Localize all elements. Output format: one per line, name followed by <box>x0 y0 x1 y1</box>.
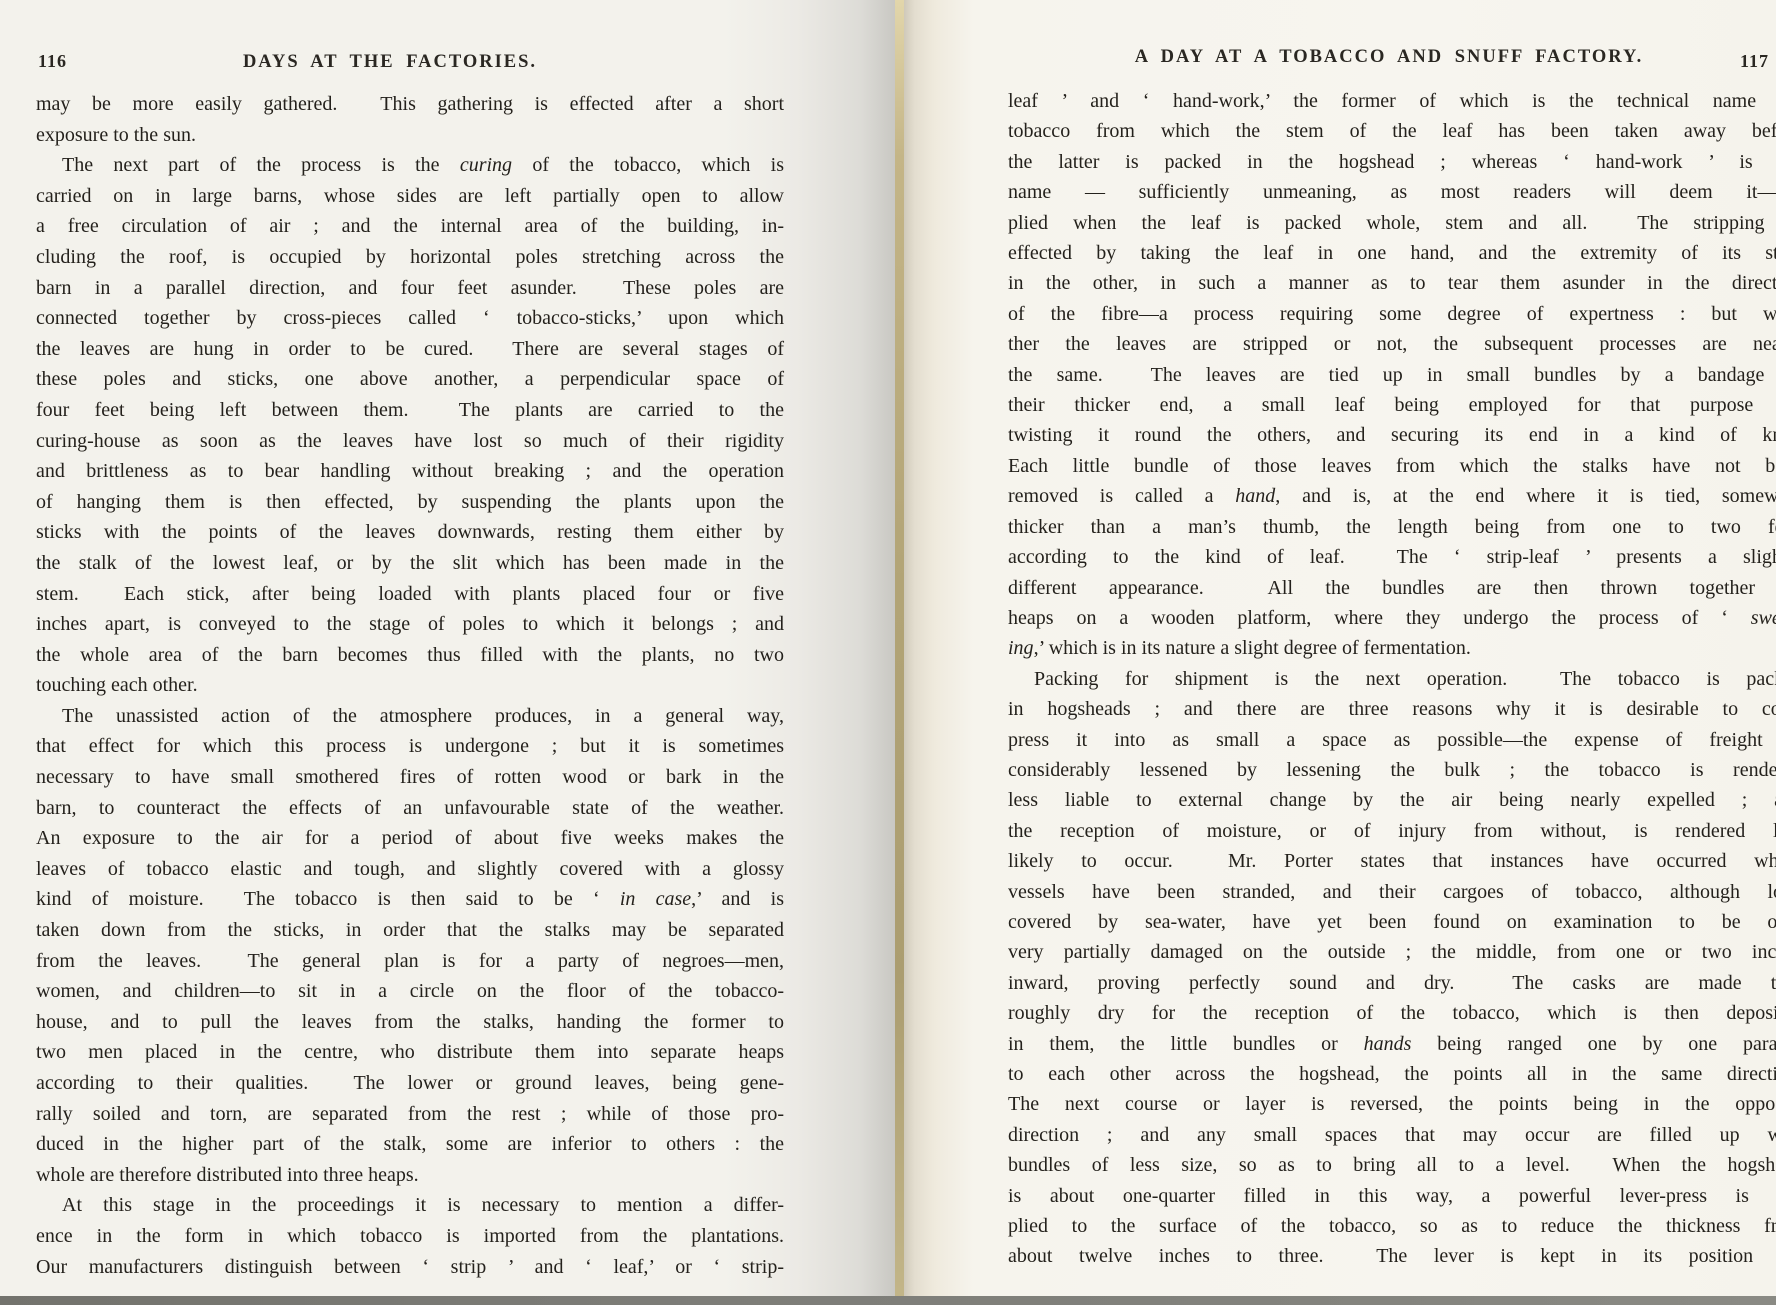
text-line: At this stage in the proceedings it is n… <box>36 1190 784 1221</box>
text-line: these poles and sticks, one above anothe… <box>36 364 784 395</box>
text-line: barn, to counteract the effects of an un… <box>36 793 784 824</box>
text-line: very partially damaged on the outside ; … <box>1008 937 1776 967</box>
right-page-text: leaf ’ and ‘ hand-work,’ the former of w… <box>1008 86 1776 1272</box>
text-line: house, and to pull the leaves from the s… <box>36 1007 784 1038</box>
text-line: the reception of moisture, or of injury … <box>1008 816 1776 846</box>
text-line: considerably lessened by lessening the b… <box>1008 755 1776 785</box>
text-line: effected by taking the leaf in one hand,… <box>1008 238 1776 268</box>
text-line: covered by sea-water, have yet been foun… <box>1008 907 1776 937</box>
text-line: duced in the higher part of the stalk, s… <box>36 1129 784 1160</box>
text-line: name — sufficiently unmeaning, as most r… <box>1008 177 1776 207</box>
text-line: rally soiled and torn, are separated fro… <box>36 1099 784 1130</box>
text-line: leaves of tobacco elastic and tough, and… <box>36 854 784 885</box>
right-running-head: A DAY AT A TOBACCO AND SNUFF FACTORY. <box>1004 47 1774 68</box>
text-line: exposure to the sun. <box>36 120 784 151</box>
text-line: less liable to external change by the ai… <box>1008 785 1776 815</box>
text-line: the same. The leaves are tied up in smal… <box>1008 360 1776 390</box>
text-line: barn in a parallel direction, and four f… <box>36 273 784 304</box>
text-line: sticks with the points of the leaves dow… <box>36 517 784 548</box>
text-line: the latter is packed in the hogshead ; w… <box>1008 147 1776 177</box>
text-line: stem. Each stick, after being loaded wit… <box>36 579 784 610</box>
text-line: leaf ’ and ‘ hand-work,’ the former of w… <box>1008 86 1776 116</box>
text-line: may be more easily gathered. This gather… <box>36 89 784 120</box>
text-line: in the other, in such a manner as to tea… <box>1008 268 1776 298</box>
text-line: The next part of the process is the curi… <box>36 150 784 181</box>
book-spread: 116 DAYS AT THE FACTORIES. may be more e… <box>0 0 1776 1305</box>
text-line: Packing for shipment is the next operati… <box>1008 664 1776 694</box>
text-line: Our manufacturers distinguish between ‘ … <box>36 1252 784 1283</box>
text-line: An exposure to the air for a period of a… <box>36 823 784 854</box>
text-line: their thicker end, a small leaf being em… <box>1008 390 1776 420</box>
text-line: in them, the little bundles or hands bei… <box>1008 1029 1776 1059</box>
text-line: the whole area of the barn becomes thus … <box>36 640 784 671</box>
text-line: about twelve inches to three. The lever … <box>1008 1241 1776 1271</box>
left-running-head: DAYS AT THE FACTORIES. <box>10 52 770 73</box>
text-line: removed is called a hand, and is, at the… <box>1008 481 1776 511</box>
text-line: ence in the form in which tobacco is imp… <box>36 1221 784 1252</box>
text-line: plied when the leaf is packed whole, ste… <box>1008 208 1776 238</box>
text-line: heaps on a wooden platform, where they u… <box>1008 603 1776 633</box>
text-line: the stalk of the lowest leaf, or by the … <box>36 548 784 579</box>
text-line: roughly dry for the reception of the tob… <box>1008 998 1776 1028</box>
text-line: bundles of less size, so as to bring all… <box>1008 1150 1776 1180</box>
text-line: in hogsheads ; and there are three reaso… <box>1008 694 1776 724</box>
text-line: The unassisted action of the atmosphere … <box>36 701 784 732</box>
left-page: 116 DAYS AT THE FACTORIES. may be more e… <box>0 0 905 1305</box>
text-line: tobacco from which the stem of the leaf … <box>1008 116 1776 146</box>
text-line: Each little bundle of those leaves from … <box>1008 451 1776 481</box>
text-line: curing-house as soon as the leaves have … <box>36 426 784 457</box>
text-line: ing,’ which is in its nature a slight de… <box>1008 633 1776 663</box>
text-line: kind of moisture. The tobacco is then sa… <box>36 884 784 915</box>
text-line: touching each other. <box>36 670 784 701</box>
text-line: inches apart, is conveyed to the stage o… <box>36 609 784 640</box>
book-spine-gutter <box>895 0 904 1305</box>
text-line: plied to the surface of the tobacco, so … <box>1008 1211 1776 1241</box>
text-line: is about one-quarter filled in this way,… <box>1008 1181 1776 1211</box>
text-line: of hanging them is then effected, by sus… <box>36 487 784 518</box>
text-line: thicker than a man’s thumb, the length b… <box>1008 512 1776 542</box>
text-line: The next course or layer is reversed, th… <box>1008 1089 1776 1119</box>
text-line: from the leaves. The general plan is for… <box>36 946 784 977</box>
text-line: of the fibre—a process requiring some de… <box>1008 299 1776 329</box>
text-line: ther the leaves are stripped or not, the… <box>1008 329 1776 359</box>
text-line: press it into as small a space as possib… <box>1008 725 1776 755</box>
text-line: women, and children—to sit in a circle o… <box>36 976 784 1007</box>
text-line: the leaves are hung in order to be cured… <box>36 334 784 365</box>
text-line: vessels have been stranded, and their ca… <box>1008 877 1776 907</box>
right-page: 117 A DAY AT A TOBACCO AND SNUFF FACTORY… <box>904 0 1776 1305</box>
text-line: four feet being left between them. The p… <box>36 395 784 426</box>
text-line: connected together by cross-pieces calle… <box>36 303 784 334</box>
text-line: according to the kind of leaf. The ‘ str… <box>1008 542 1776 572</box>
text-line: inward, proving perfectly sound and dry.… <box>1008 968 1776 998</box>
text-line: to each other across the hogshead, the p… <box>1008 1059 1776 1089</box>
text-line: carried on in large barns, whose sides a… <box>36 181 784 212</box>
text-line: whole are therefore distributed into thr… <box>36 1160 784 1191</box>
text-line: necessary to have small smothered fires … <box>36 762 784 793</box>
text-line: different appearance. All the bundles ar… <box>1008 573 1776 603</box>
text-line: that effect for which this process is un… <box>36 731 784 762</box>
scan-edge-bar <box>0 1296 1776 1305</box>
text-line: two men placed in the centre, who distri… <box>36 1037 784 1068</box>
text-line: and brittleness as to bear handling with… <box>36 456 784 487</box>
left-page-text: may be more easily gathered. This gather… <box>36 89 784 1282</box>
text-line: according to their qualities. The lower … <box>36 1068 784 1099</box>
text-line: direction ; and any small spaces that ma… <box>1008 1120 1776 1150</box>
text-line: taken down from the sticks, in order tha… <box>36 915 784 946</box>
text-line: cluding the roof, is occupied by horizon… <box>36 242 784 273</box>
text-line: twisting it round the others, and securi… <box>1008 420 1776 450</box>
text-line: a free circulation of air ; and the inte… <box>36 211 784 242</box>
text-line: likely to occur. Mr. Porter states that … <box>1008 846 1776 876</box>
